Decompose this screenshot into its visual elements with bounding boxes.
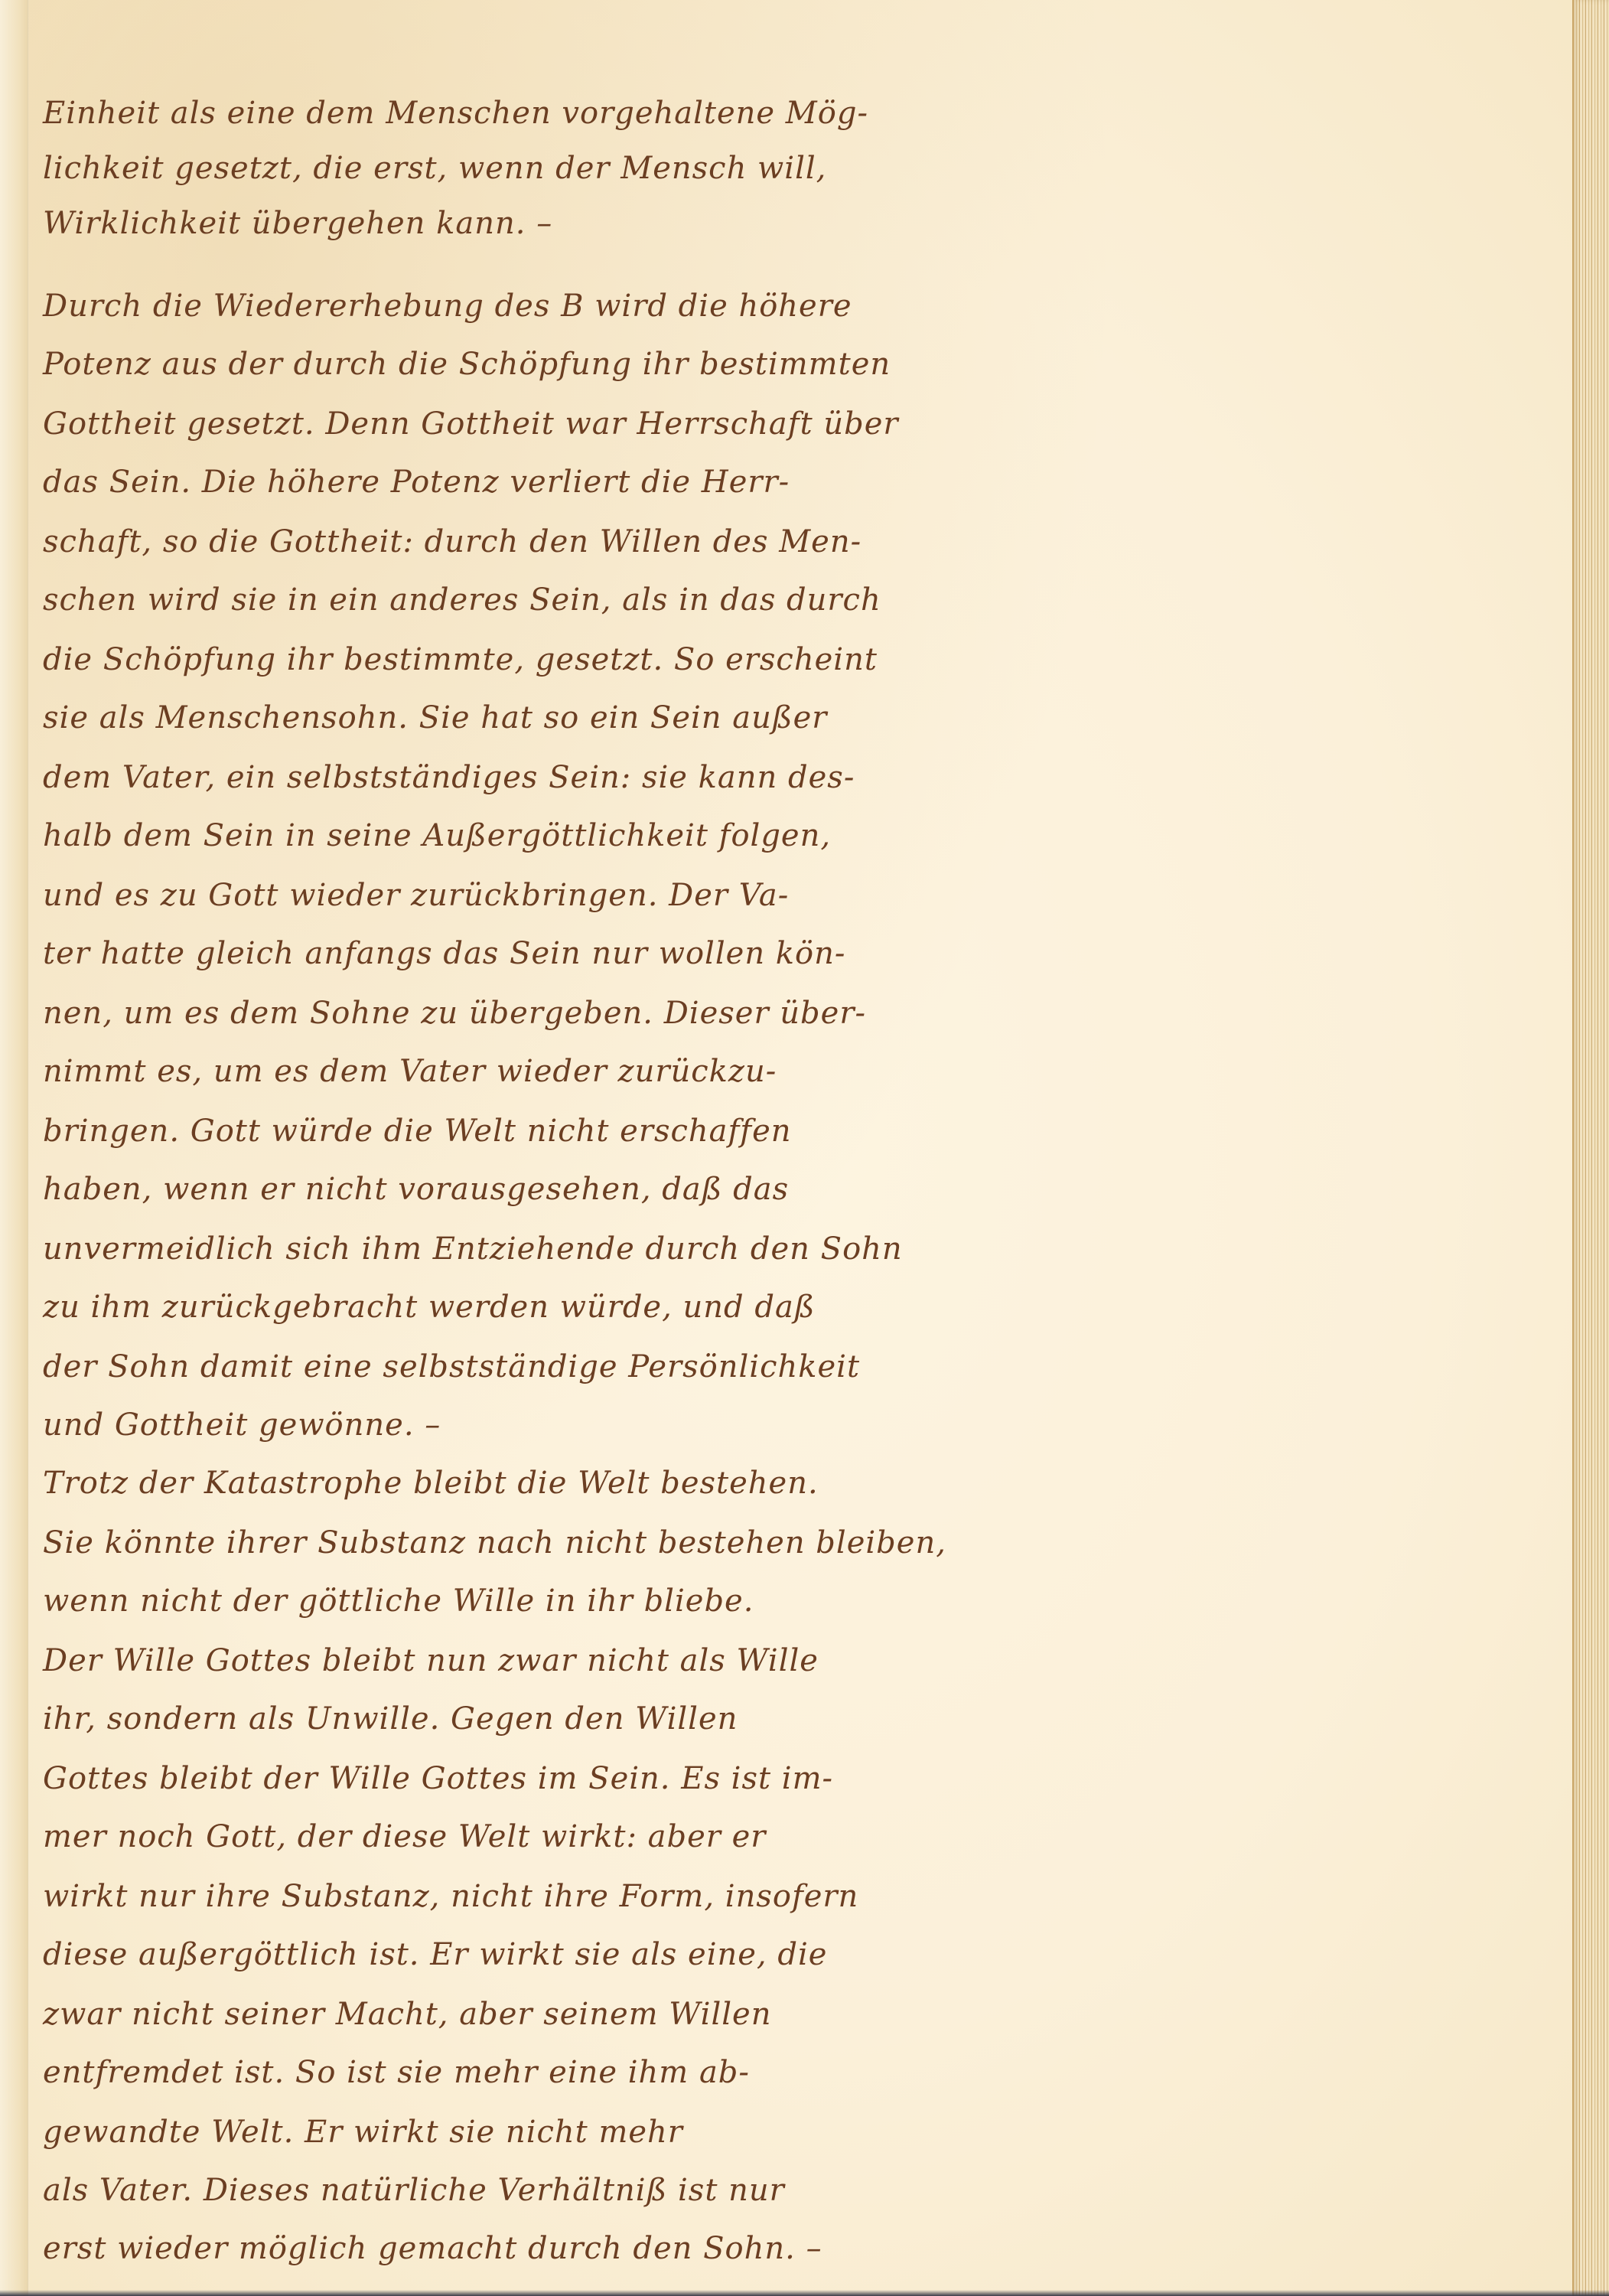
manuscript-line: schaft, so die Gottheit: durch den Wille…	[43, 527, 861, 557]
manuscript-line: Der Wille Gottes bleibt nun zwar nicht a…	[43, 1645, 819, 1676]
manuscript-line: schen wird sie in ein anderes Sein, als …	[43, 585, 881, 615]
manuscript-line: als Vater. Dieses natürliche Verhältniß …	[43, 2175, 785, 2206]
manuscript-line: haben, wenn er nicht vorausgesehen, daß …	[43, 1174, 789, 1205]
manuscript-line: gewandte Welt. Er wirkt sie nicht mehr	[43, 2117, 683, 2148]
manuscript-line: mer noch Gott, der diese Welt wirkt: abe…	[43, 1821, 766, 1852]
book-bottom-edge	[0, 2290, 1609, 2296]
manuscript-line: entfremdet ist. So ist sie mehr eine ihm…	[43, 2057, 750, 2088]
manuscript-line: ter hatte gleich anfangs das Sein nur wo…	[43, 938, 845, 969]
stacked-page-edges	[1572, 0, 1609, 2296]
manuscript-line: lichkeit gesetzt, die erst, wenn der Men…	[43, 153, 826, 184]
manuscript-page: Einheit als eine dem Menschen vorgehalte…	[0, 0, 1609, 2296]
manuscript-line: sie als Menschensohn. Sie hat so ein Sei…	[43, 703, 827, 733]
handwritten-text-block: Einheit als eine dem Menschen vorgehalte…	[0, 0, 842, 2296]
manuscript-line: halb dem Sein in seine Außergöttlichkeit…	[43, 820, 831, 851]
manuscript-line: unvermeidlich sich ihm Entziehende durch…	[43, 1234, 903, 1264]
manuscript-line: die Schöpfung ihr bestimmte, gesetzt. So…	[43, 644, 878, 675]
manuscript-line: erst wieder möglich gemacht durch den So…	[43, 2233, 822, 2264]
manuscript-line: wirkt nur ihre Substanz, nicht ihre Form…	[43, 1881, 858, 1912]
manuscript-line: Gottheit gesetzt. Denn Gottheit war Herr…	[43, 409, 899, 439]
manuscript-line: Sie könnte ihrer Substanz nach nicht bes…	[43, 1528, 946, 1558]
manuscript-line: Einheit als eine dem Menschen vorgehalte…	[43, 98, 868, 129]
manuscript-line: nen, um es dem Sohne zu übergeben. Diese…	[43, 998, 866, 1029]
manuscript-line: nimmt es, um es dem Vater wieder zurückz…	[43, 1056, 777, 1087]
manuscript-line: Durch die Wiedererhebung des B wird die …	[43, 291, 852, 321]
manuscript-line: zwar nicht seiner Macht, aber seinem Wil…	[43, 1999, 772, 2030]
manuscript-line: Trotz der Katastrophe bleibt die Welt be…	[43, 1468, 819, 1499]
manuscript-line: und Gottheit gewönne. –	[43, 1410, 441, 1440]
manuscript-line: diese außergöttlich ist. Er wirkt sie al…	[43, 1939, 827, 1970]
manuscript-line: das Sein. Die höhere Potenz verliert die…	[43, 467, 790, 497]
manuscript-line: wenn nicht der göttliche Wille in ihr bl…	[43, 1586, 754, 1616]
manuscript-line: Wirklichkeit übergehen kann. –	[43, 208, 552, 239]
manuscript-line: Gottes bleibt der Wille Gottes im Sein. …	[43, 1763, 833, 1794]
manuscript-line: dem Vater, ein selbstständiges Sein: sie…	[43, 762, 855, 793]
manuscript-line: und es zu Gott wieder zurückbringen. Der…	[43, 880, 789, 911]
manuscript-line: der Sohn damit eine selbstständige Persö…	[43, 1352, 860, 1382]
manuscript-line: Potenz aus der durch die Schöpfung ihr b…	[43, 349, 891, 380]
manuscript-line: zu ihm zurückgebracht werden würde, und …	[43, 1292, 816, 1322]
manuscript-line: ihr, sondern als Unwille. Gegen den Will…	[43, 1704, 738, 1734]
manuscript-line: bringen. Gott würde die Welt nicht ersch…	[43, 1116, 792, 1146]
